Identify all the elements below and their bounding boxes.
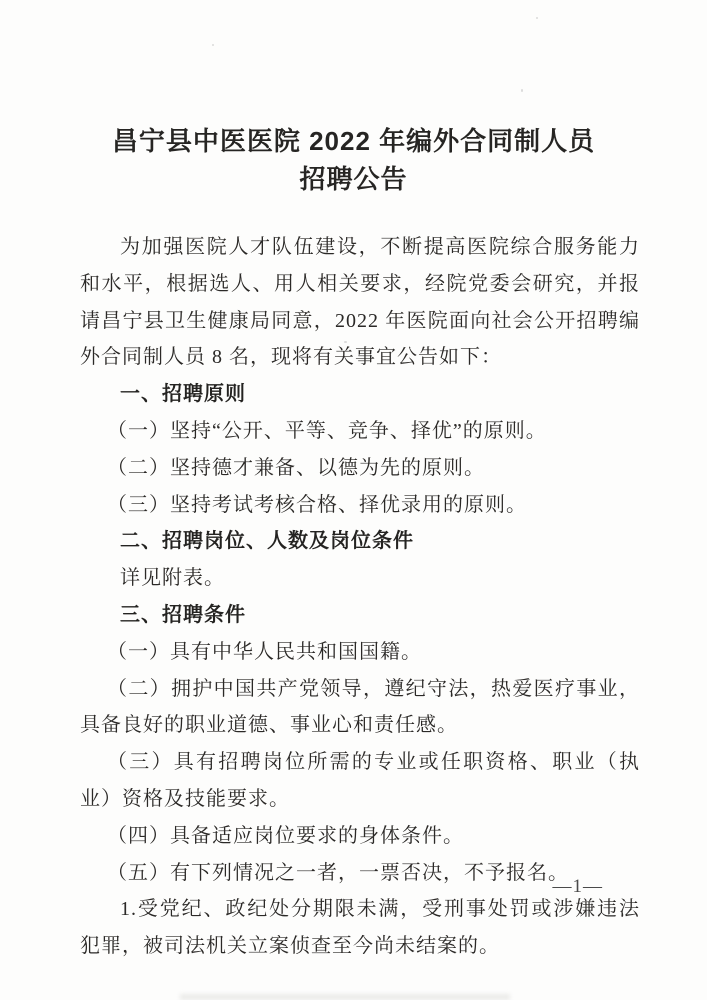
scan-speck bbox=[536, 17, 538, 19]
scanned-document-page: 昌宁县中医医院 2022 年编外合同制人员 招聘公告 为加强医院人才队伍建设，不… bbox=[0, 0, 707, 1000]
list-item: （二）坚持德才兼备、以德为先的原则。 bbox=[80, 450, 640, 487]
list-item: （一）具有中华人民共和国国籍。 bbox=[80, 634, 640, 671]
document-title: 昌宁县中医医院 2022 年编外合同制人员 招聘公告 bbox=[56, 122, 651, 198]
list-item: （四）具备适应岗位要求的身体条件。 bbox=[80, 818, 640, 855]
numbered-sub-item: 1.受党纪、政纪处分期限未满，受刑事处罚或涉嫌违法犯罪，被司法机关立案侦查至今尚… bbox=[80, 891, 640, 965]
document-body: 为加强医院人才队伍建设，不断提高医院综合服务能力和水平，根据选人、用人相关要求，… bbox=[80, 229, 640, 965]
scan-speck bbox=[521, 89, 523, 92]
document-title-line1: 昌宁县中医医院 2022 年编外合同制人员 bbox=[56, 122, 651, 160]
page-number: —1— bbox=[553, 876, 604, 898]
list-item: （三）具有招聘岗位所需的专业或任职资格、职业（执业）资格及技能要求。 bbox=[80, 744, 640, 818]
section-heading-1: 一、招聘原则 bbox=[80, 376, 640, 413]
paragraph-see-table: 详见附表。 bbox=[80, 560, 640, 597]
scan-speck bbox=[212, 44, 214, 46]
paragraph-intro: 为加强医院人才队伍建设，不断提高医院综合服务能力和水平，根据选人、用人相关要求，… bbox=[80, 229, 640, 376]
list-item: （三）坚持考试考核合格、择优录用的原则。 bbox=[80, 487, 640, 524]
section-heading-3: 三、招聘条件 bbox=[80, 597, 640, 634]
list-item: （二）拥护中国共产党领导，遵纪守法，热爱医疗事业，具备良好的职业道德、事业心和责… bbox=[80, 671, 640, 745]
scan-smudge bbox=[180, 994, 510, 1000]
document-title-line2: 招聘公告 bbox=[56, 160, 651, 198]
section-heading-2: 二、招聘岗位、人数及岗位条件 bbox=[80, 523, 640, 560]
list-item: （一）坚持“公开、平等、竞争、择优”的原则。 bbox=[80, 413, 640, 450]
scan-speck bbox=[344, 341, 347, 343]
